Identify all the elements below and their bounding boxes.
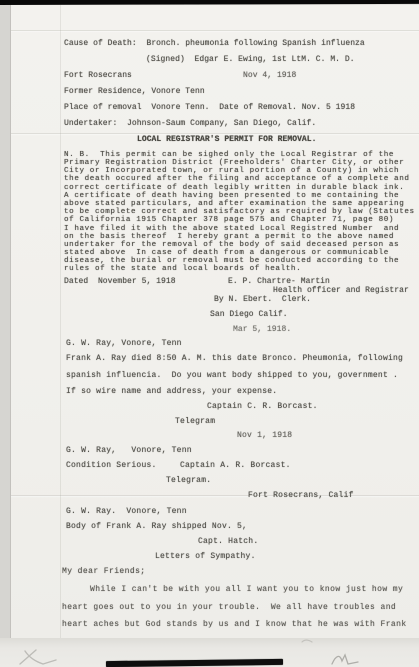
document-line: Dated November 5, 1918	[64, 277, 176, 286]
document-line: stated above In case of death from a dan…	[64, 249, 389, 257]
document-line: heart goes out to you in your trouble. W…	[62, 603, 396, 612]
document-line: E. P. Chartre- Martin	[228, 277, 330, 286]
document-line: N. B. This permit can be sighed only the…	[64, 151, 394, 159]
document-line: LOCAL REGISTRAR'S PERMIT FOR REMOVAL.	[137, 135, 316, 144]
document-line: Captain C. R. Borcast.	[207, 402, 318, 411]
document-line: Body of Frank A. Ray shipped Nov. 5,	[66, 522, 247, 531]
document-line: Cause of Death: Bronch. pheumonia follow…	[64, 39, 365, 48]
document-line: G. W. Ray, Vonore, Tenn	[66, 446, 192, 455]
document-line: Captain A. R. Borcast.	[180, 461, 291, 470]
scan-edge-strip	[0, 5, 11, 638]
document-line: above stated particulars, and after exam…	[64, 200, 404, 208]
document-line: heart aches but God stands by us and I k…	[62, 620, 407, 629]
document-line: San Diego Calif.	[210, 310, 288, 319]
paper-crease-vertical	[60, 5, 61, 638]
document-line: disease, the burial or removal must be c…	[64, 257, 399, 265]
document-line: G. W. Ray. Vonore, Tenn	[66, 507, 187, 516]
document-line: My dear Friends;	[62, 567, 146, 576]
document-line: I have filed it with the above stated Lo…	[64, 225, 399, 233]
document-line: If so wire name and address, your expens…	[66, 387, 277, 396]
scanned-document-photo: Cause of Death: Bronch. pheumonia follow…	[0, 0, 419, 667]
document-line: Fort Rosecrans, Calif	[248, 491, 354, 500]
smudge-mark	[300, 637, 314, 645]
document-line: Letters of Sympathy.	[155, 552, 256, 561]
document-line: Mar 5, 1918.	[233, 325, 291, 334]
document-line: While I can't be with you all I want you…	[90, 585, 403, 594]
document-line: Undertaker: Johnson-Saum Company, San Di…	[64, 119, 316, 128]
document-line: Health officer and Registrar	[273, 286, 409, 295]
document-line: City or Incorporated town, or rural port…	[64, 167, 399, 175]
document-line: Former Residence, Vonore Tenn	[64, 87, 205, 96]
document-line: Primary Registration District (Freeholde…	[64, 159, 404, 167]
document-line: undertaker for the removal of the body o…	[64, 241, 399, 249]
document-line: Condition Serious.	[66, 461, 157, 470]
document-line: rules of the state and local boards of h…	[64, 265, 301, 273]
document-line: spanish influencia. Do you want body shi…	[66, 371, 398, 380]
document-line: G. W. Ray, Vonore, Tenn	[66, 339, 182, 348]
document-line: (Signed) Edgar E. Ewing, 1st LtM. C. M. …	[146, 55, 355, 64]
paper-crease-horizontal-top	[10, 30, 419, 31]
document-line: Capt. Hatch.	[198, 537, 258, 546]
document-line: Telegram	[175, 417, 215, 426]
document-line: on the basis thereof I hereby grant a pe…	[64, 233, 394, 241]
paper-crease-horizontal-middle	[10, 133, 419, 134]
document-line: Frank A. Ray died 8:50 A. M. this date B…	[66, 354, 403, 363]
pencil-mark-right	[328, 652, 362, 667]
document-line: to be complete correct and satisfactory …	[64, 208, 415, 216]
pencil-mark-left	[16, 646, 60, 667]
document-line: Nov 4, 1918	[243, 71, 296, 80]
document-line: correct certificate of death legibly wri…	[64, 184, 404, 192]
document-line: Telegram.	[166, 476, 211, 485]
document-line: of California 1915 Chapter 378 page 575 …	[64, 216, 394, 224]
document-line: A certificate of death having been prese…	[64, 192, 399, 200]
document-line: Fort Rosecrans	[64, 71, 132, 80]
document-line: Place of removal Vonore Tenn. Date of Re…	[64, 103, 355, 112]
paper-crease-horizontal-lower	[10, 495, 419, 496]
document-line: the death occured after the filing and a…	[64, 175, 410, 183]
document-line: By N. Ebert. Clerk.	[214, 295, 311, 304]
document-line: Nov 1, 1918	[237, 431, 292, 440]
